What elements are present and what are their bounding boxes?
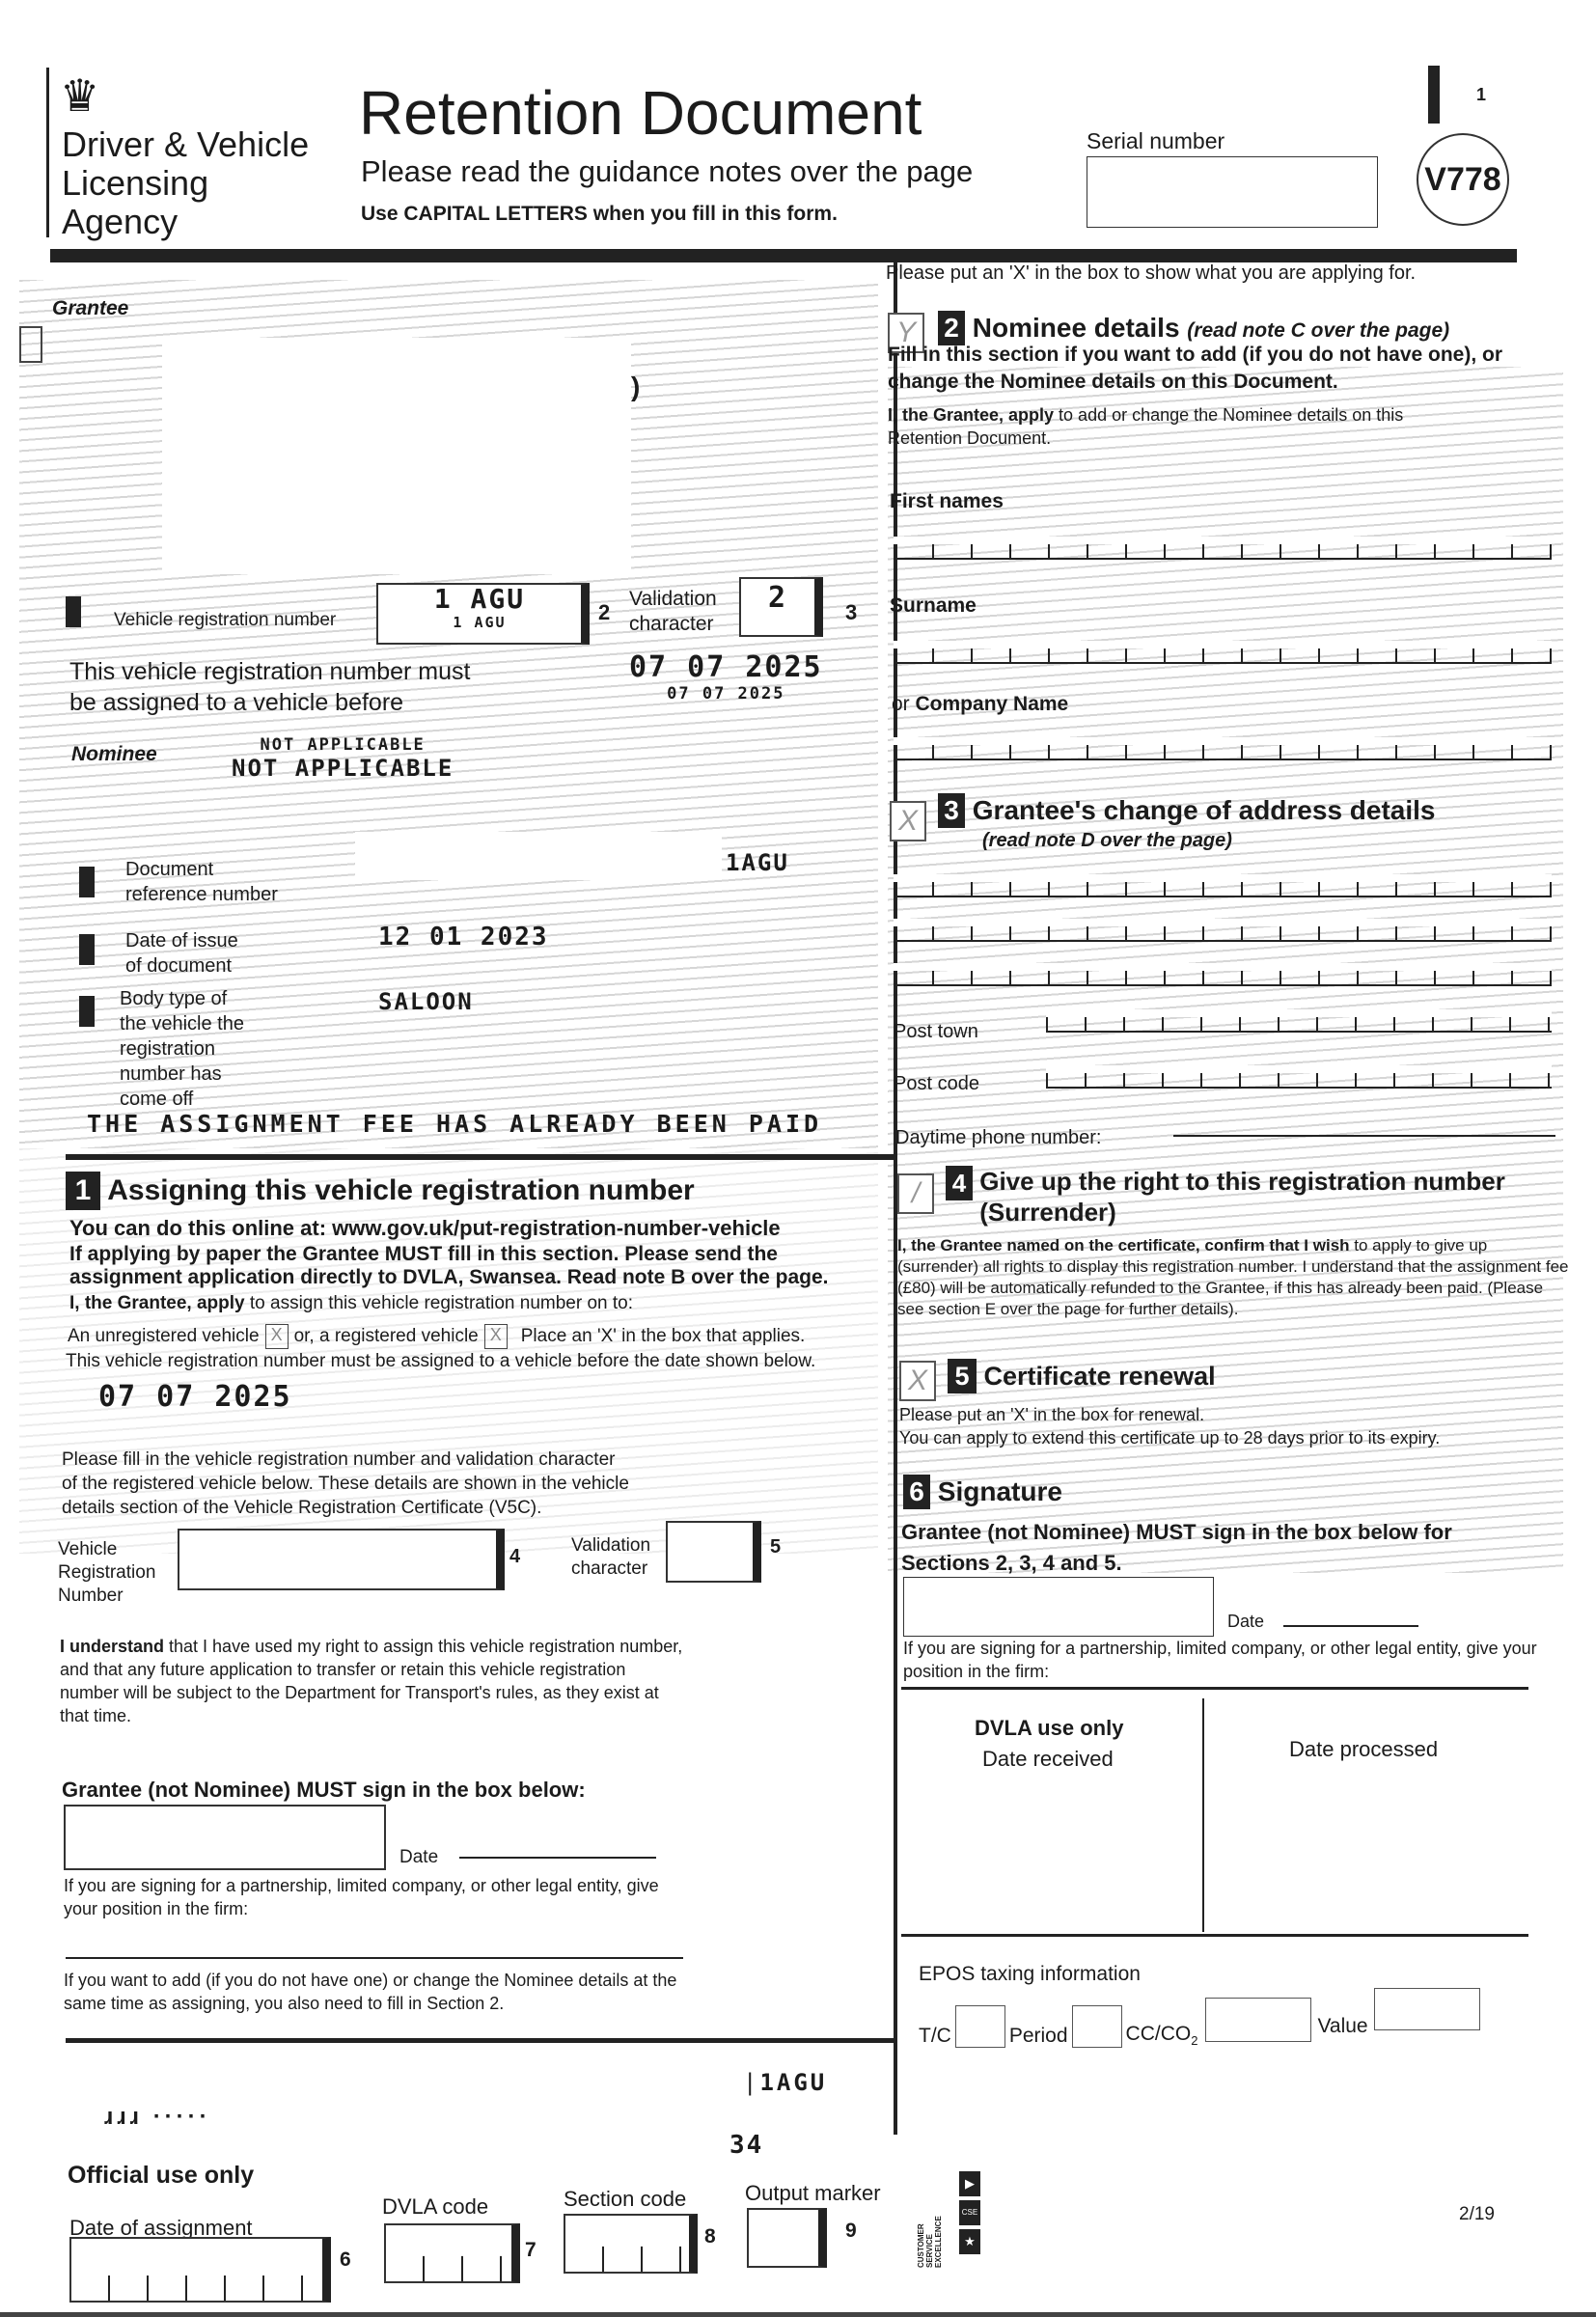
company-name-field[interactable]: [894, 737, 1552, 760]
vrn-field: 1 AGU 1 AGU: [376, 583, 590, 645]
grantee-label: Grantee: [52, 297, 128, 320]
section1-header: 1 Assigning this vehicle registration nu…: [66, 1172, 695, 1210]
epos-fields: T/C Period CC/CO2 Value: [919, 1988, 1480, 2048]
date-of-assignment-field[interactable]: [69, 2237, 331, 2303]
first-names-label: First names: [890, 490, 1004, 513]
section3-header: 3 Grantee's change of address details: [938, 793, 1436, 828]
section1-validation-box-number: 5: [770, 1536, 781, 1558]
header-rule: [50, 249, 1517, 262]
date-of-assignment-number: 6: [340, 2248, 351, 2272]
section1-date-label: Date: [399, 1847, 438, 1868]
section1-date-line[interactable]: [459, 1857, 656, 1859]
registered-checkbox[interactable]: X: [484, 1324, 508, 1349]
company-name-label: or Company Name: [892, 693, 1068, 716]
grantee-address-redacted: [162, 338, 631, 574]
royal-crest-icon: ♛: [60, 69, 118, 123]
address-line-3-field[interactable]: [894, 963, 1552, 986]
section1-before-text: This vehicle registration number must be…: [66, 1351, 815, 1372]
section5-text: Please put an 'X' in the box for renewal…: [899, 1403, 1440, 1449]
epos-heading: EPOS taxing information: [919, 1963, 1141, 1986]
right-intro: Please put an 'X' in the box to show wha…: [886, 262, 1416, 285]
section4-text: I, the Grantee named on the certificate,…: [897, 1235, 1573, 1320]
section4-checkbox[interactable]: /: [897, 1173, 934, 1214]
section2-header: 2 Nominee details (read note C over the …: [938, 311, 1449, 345]
vrn-label: Vehicle registration number: [114, 610, 336, 631]
address-bracket: ): [631, 372, 640, 402]
understand-text: I understand that I have used my right t…: [60, 1635, 687, 1727]
phone-field[interactable]: [1173, 1135, 1555, 1137]
validation-label: Validation character: [629, 587, 717, 637]
section6-text: Grantee (not Nominee) MUST sign in the b…: [901, 1517, 1452, 1579]
first-names-field[interactable]: [894, 537, 1552, 560]
section1-bottom-rule: [66, 2038, 894, 2043]
post-code-label: Post code: [894, 1073, 979, 1095]
validation-box-number: 3: [845, 600, 857, 625]
field-marker: [66, 596, 81, 627]
official-use-heading: Official use only: [68, 2162, 254, 2190]
output-marker-number: 9: [845, 2220, 857, 2243]
field-marker: [79, 867, 95, 897]
footer-ref-fragment: |1AGU: [743, 2069, 827, 2096]
post-code-field[interactable]: [1046, 1065, 1552, 1089]
output-marker-field[interactable]: [747, 2208, 827, 2268]
form-code-badge: V778: [1417, 133, 1509, 226]
redacted-ref-fragment: ɹɹɹ ·····: [104, 2104, 211, 2131]
dvla-code-label: DVLA code: [382, 2194, 488, 2220]
address-line-2-field[interactable]: [894, 919, 1552, 942]
assign-before-date: 07 07 2025 07 07 2025: [629, 650, 823, 703]
page-subtitle: Please read the guidance notes over the …: [361, 154, 973, 189]
post-town-label: Post town: [894, 1021, 978, 1043]
page-bottom-edge: [0, 2312, 1596, 2317]
tc-field[interactable]: [955, 2005, 1005, 2048]
period-field[interactable]: [1072, 2005, 1122, 2048]
dvla-code-number: 7: [525, 2239, 537, 2262]
section1-position-text: If you are signing for a partnership, li…: [64, 1874, 672, 1920]
surname-field[interactable]: [894, 641, 1552, 664]
section1-validation-field[interactable]: [666, 1521, 761, 1583]
section1-nominee-note: If you want to add (if you do not have o…: [64, 1969, 691, 2015]
dvla-use-divider: [1202, 1698, 1204, 1932]
page-title: Retention Document: [359, 77, 922, 149]
section1-vrn-box-number: 4: [509, 1546, 520, 1568]
surname-label: Surname: [890, 594, 977, 618]
section6-signature-box[interactable]: [903, 1577, 1214, 1637]
agency-name: Driver & Vehicle Licensing Agency: [62, 125, 309, 241]
section1-validation-label: Validation character: [571, 1534, 650, 1581]
cse-logo: ▶ CSE ★: [959, 2171, 980, 2254]
value-field[interactable]: [1374, 1988, 1480, 2030]
section5-checkbox[interactable]: X: [899, 1361, 936, 1401]
body-type-label: Body type of the vehicle the registratio…: [120, 986, 244, 1112]
date-received-label: Date received: [982, 1747, 1114, 1772]
date-processed-label: Date processed: [1289, 1737, 1438, 1762]
section6-date-label: Date: [1227, 1612, 1264, 1632]
field-marker: [79, 934, 95, 965]
serial-number-field[interactable]: [1087, 156, 1378, 228]
form-version: 2/19: [1459, 2204, 1495, 2225]
fee-notice: THE ASSIGNMENT FEE HAS ALREADY BEEN PAID: [87, 1110, 822, 1138]
nominee-value: NOT APPLICABLE NOT APPLICABLE: [232, 735, 454, 782]
section1-vrn-label: Vehicle Registration Number: [58, 1538, 155, 1608]
assign-before-text: This vehicle registration number must be…: [69, 656, 470, 718]
agency-divider: [46, 68, 49, 237]
unregistered-checkbox[interactable]: X: [265, 1324, 289, 1349]
page-marker: 1: [1476, 85, 1486, 105]
section1-fill-text: Please fill in the vehicle registration …: [62, 1448, 629, 1520]
dvla-code-field[interactable]: [384, 2223, 520, 2283]
body-type-value: SALOON: [378, 988, 474, 1015]
section1-apply-text: I, the Grantee, apply to assign this veh…: [69, 1293, 633, 1314]
section1-signature-box[interactable]: [64, 1805, 386, 1870]
page-marker-bar: [1428, 66, 1440, 124]
star-icon: ★: [959, 2229, 980, 2254]
issue-date-value: 12 01 2023: [378, 923, 549, 952]
cc-co2-field[interactable]: [1205, 1998, 1311, 2042]
section2-desc: Fill in this section if you want to add …: [888, 342, 1554, 396]
section2-apply: I, the Grantee, apply to add or change t…: [888, 403, 1467, 450]
grantee-marker-box: [19, 326, 42, 363]
section6-header: 6 Signature: [903, 1475, 1062, 1509]
post-town-field[interactable]: [1046, 1009, 1552, 1033]
doc-ref-redacted: [355, 832, 722, 880]
serial-number-label: Serial number: [1087, 128, 1225, 154]
field-marker: [79, 996, 95, 1027]
section1-before-date: 07 07 2025: [98, 1380, 292, 1414]
dvla-use-heading: DVLA use only: [975, 1716, 1123, 1741]
section1-position-line[interactable]: [66, 1957, 683, 1959]
dvla-use-bottom-rule: [901, 1934, 1528, 1937]
section1-sign-heading: Grantee (not Nominee) MUST sign in the b…: [62, 1778, 586, 1803]
section6-position-text: If you are signing for a partnership, li…: [903, 1637, 1540, 1683]
doc-ref-label: Document reference number: [125, 857, 278, 907]
section3-checkbox[interactable]: X: [890, 801, 926, 841]
section1-paper-text: If applying by paper the Grantee MUST fi…: [69, 1243, 890, 1289]
section1-rule: [66, 1154, 894, 1160]
section6-position-line[interactable]: [901, 1687, 1528, 1690]
section1-vrn-field[interactable]: [178, 1529, 505, 1590]
doc-ref-value: 1AGU: [726, 849, 789, 876]
output-marker-label: Output marker: [745, 2181, 881, 2206]
section6-date-line[interactable]: [1283, 1625, 1418, 1627]
section4-header: 4 Give up the right to this registration…: [946, 1166, 1505, 1227]
section3-note: (read note D over the page): [982, 830, 1232, 852]
section5-header: 5 Certificate renewal: [948, 1359, 1216, 1393]
section-code-field[interactable]: [564, 2214, 698, 2274]
page-count-mark: 34: [729, 2131, 763, 2160]
section-code-label: Section code: [564, 2187, 686, 2212]
capital-letters-instruction: Use CAPITAL LETTERS when you fill in thi…: [361, 203, 838, 226]
validation-field: 2: [739, 577, 823, 637]
phone-label: Daytime phone number:: [895, 1127, 1101, 1149]
cse-badge: CSE: [959, 2200, 980, 2225]
vehicle-type-choice: An unregistered vehicle X or, a register…: [68, 1324, 805, 1349]
play-icon: ▶: [959, 2171, 980, 2196]
section-code-number: 8: [704, 2225, 716, 2248]
issue-date-label: Date of issue of document: [125, 928, 238, 979]
section1-online-text: You can do this online at: www.gov.uk/pu…: [69, 1216, 781, 1241]
address-line-1-field[interactable]: [894, 874, 1552, 897]
vrn-box-number: 2: [598, 600, 610, 625]
nominee-label: Nominee: [71, 743, 157, 766]
